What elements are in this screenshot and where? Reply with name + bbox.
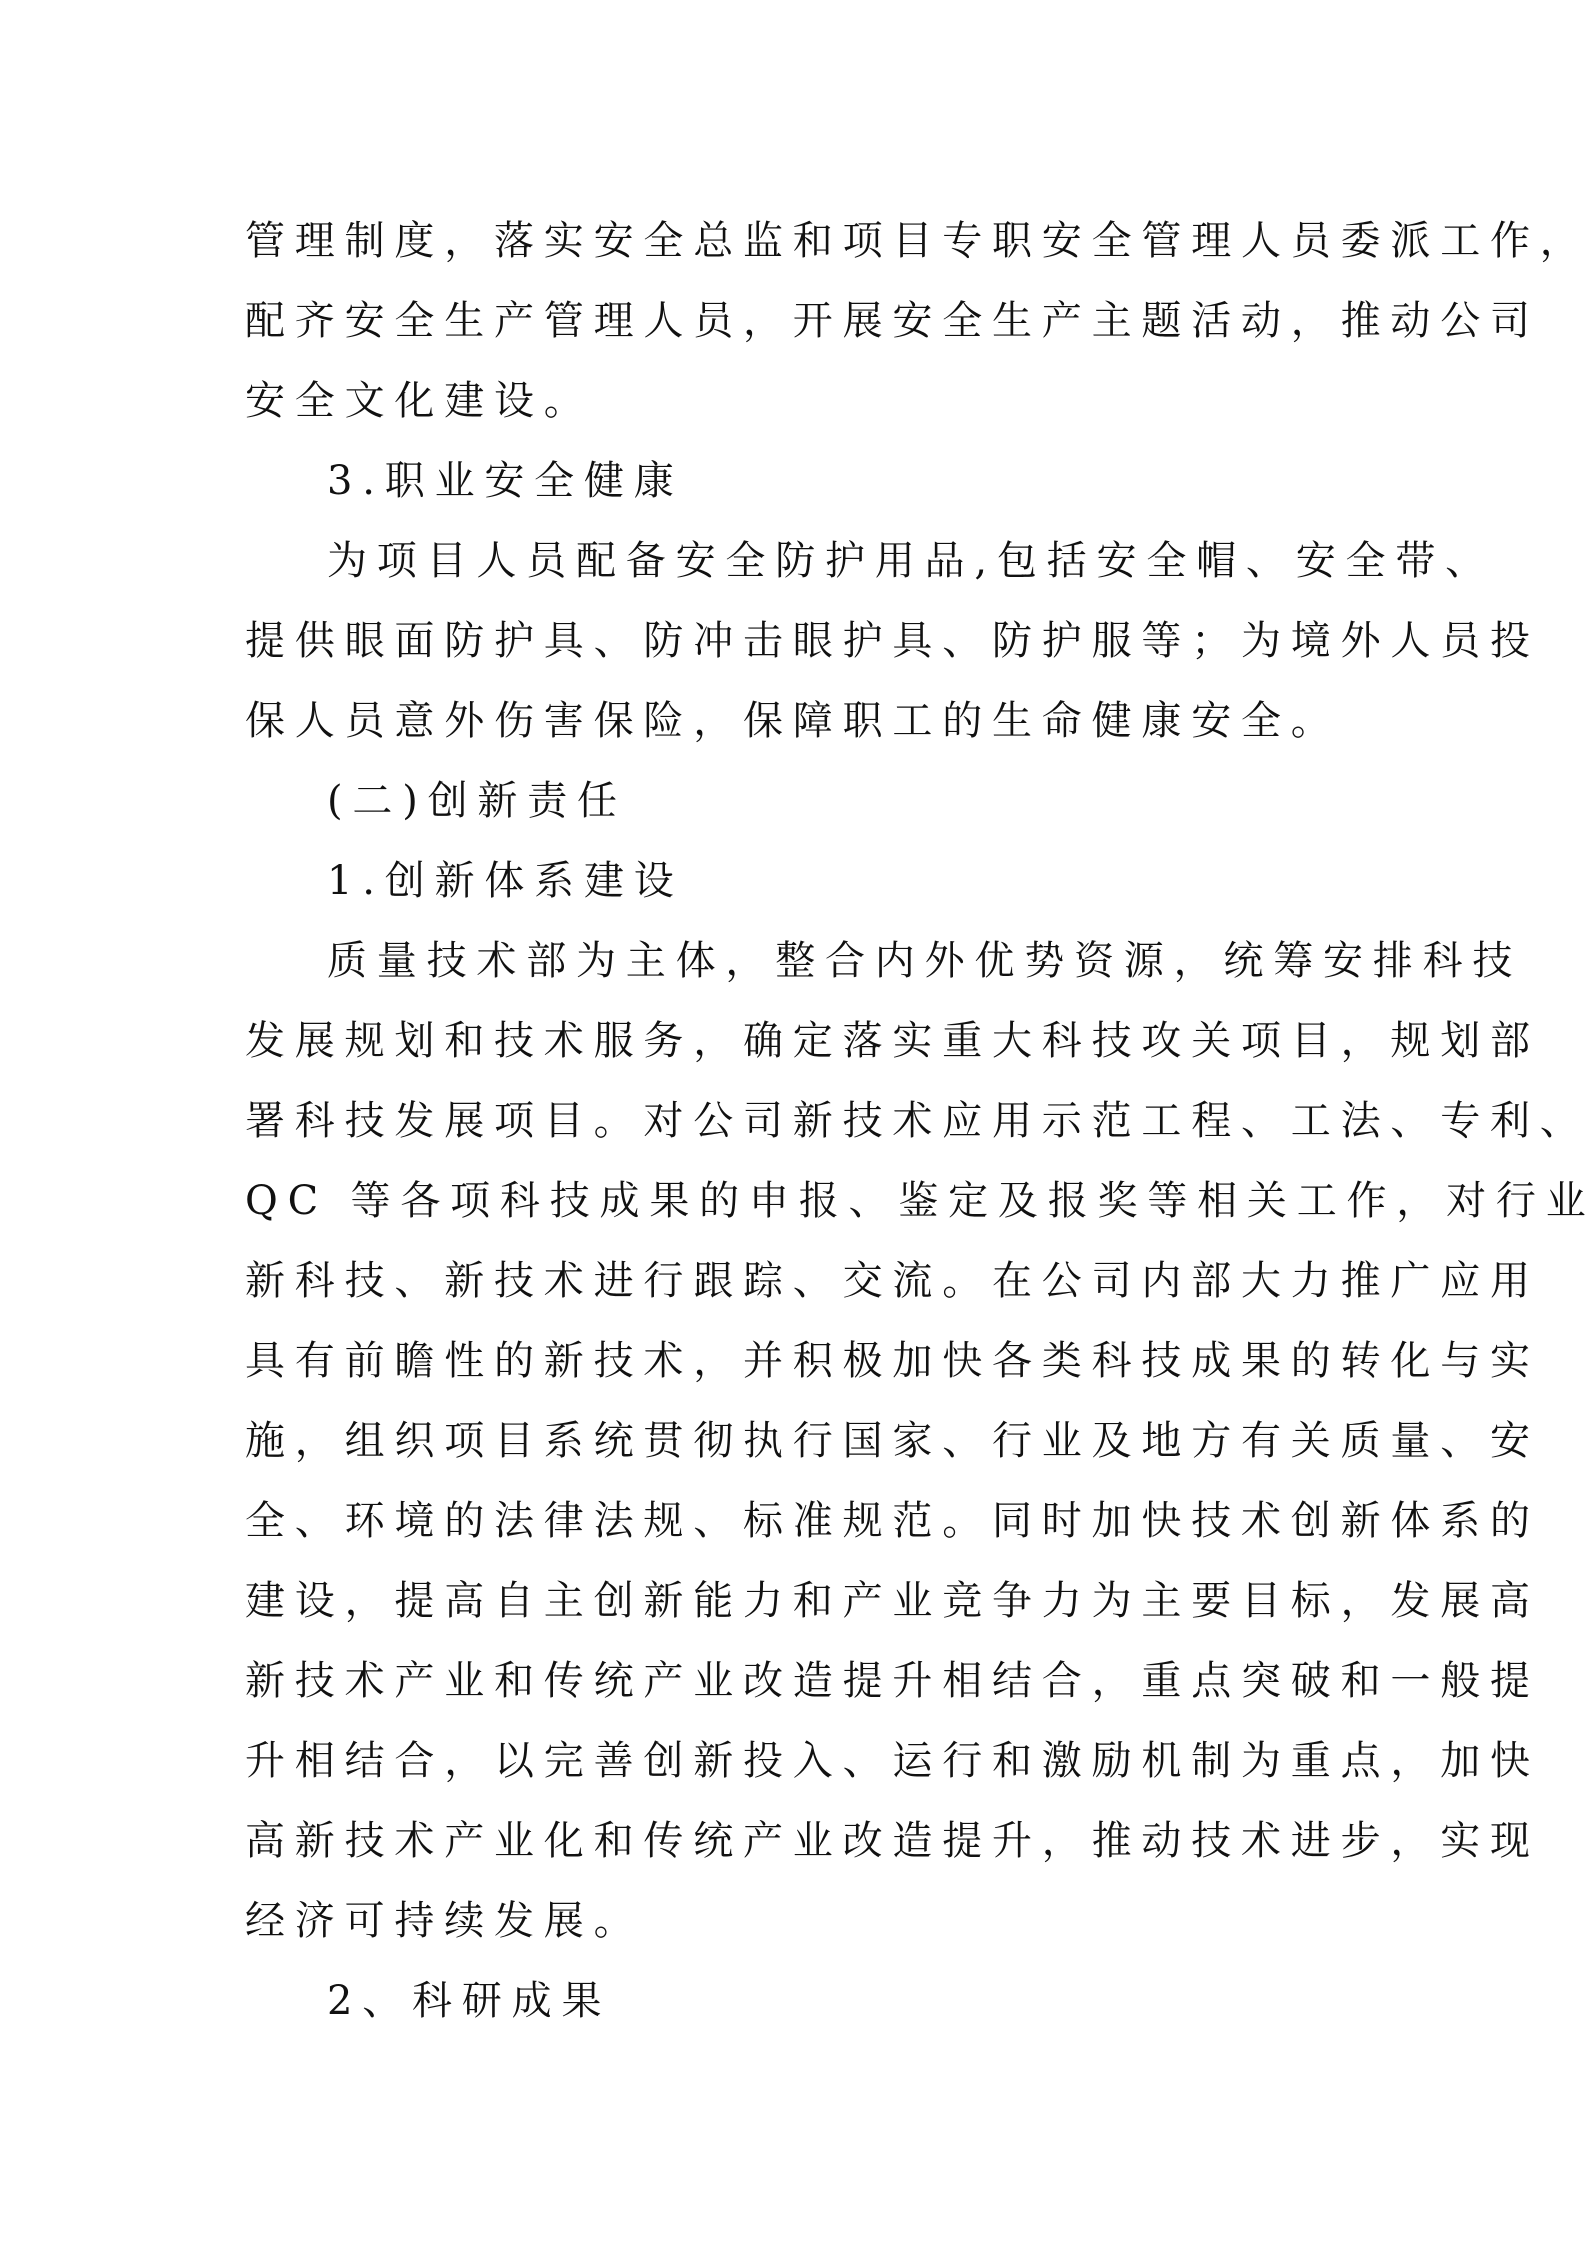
body-text-line: 为项目人员配备安全防护用品,包括安全帽、安全带、 [327,521,1495,601]
body-text-line: 保人员意外伤害保险，保障职工的生命健康安全。 [245,681,1341,761]
body-text-line: 经济可持续发展。 [245,1881,643,1961]
body-text-line: 升相结合，以完善创新投入、运行和激励机制为重点，加快 [245,1721,1540,1801]
document-page: 管理制度，落实安全总监和项目专职安全管理人员委派工作， 配齐安全生产管理人员，开… [0,0,1587,2245]
body-text-line: 署科技发展项目。对公司新技术应用示范工程、工法、专利、 [245,1081,1587,1161]
body-text-line: 新技术产业和传统产业改造提升相结合，重点突破和一般提 [245,1641,1540,1721]
section-heading-research-results: 2、科研成果 [327,1961,611,2041]
body-text-line: 施，组织项目系统贯彻执行国家、行业及地方有关质量、安 [245,1401,1540,1481]
body-text-line: 提供眼面防护具、防冲击眼护具、防护服等；为境外人员投 [245,601,1540,681]
body-text-line: 发展规划和技术服务，确定落实重大科技攻关项目，规划部 [245,1001,1540,1081]
body-text-line: 安全文化建设。 [245,361,594,441]
body-text-line: 质量技术部为主体，整合内外优势资源，统筹安排科技 [327,921,1522,1001]
section-heading-occupational-safety: 3.职业安全健康 [327,441,684,521]
body-text-line: 配齐安全生产管理人员，开展安全生产主题活动，推动公司 [245,281,1540,361]
body-text-line: 高新技术产业化和传统产业改造提升，推动技术进步，实现 [245,1801,1540,1881]
body-text-line: 新科技、新技术进行跟踪、交流。在公司内部大力推广应用 [245,1241,1540,1321]
section-heading-innovation-system: 1.创新体系建设 [327,841,684,921]
body-text-line: QC 等各项科技成果的申报、鉴定及报奖等相关工作，对行业 [245,1161,1587,1241]
body-text-line: 管理制度，落实安全总监和项目专职安全管理人员委派工作， [245,201,1587,281]
body-text-line: 建设，提高自主创新能力和产业竞争力为主要目标，发展高 [245,1561,1540,1641]
body-text-line: 全、环境的法律法规、标准规范。同时加快技术创新体系的 [245,1481,1540,1561]
section-heading-innovation-responsibility: (二)创新责任 [327,761,627,841]
body-text-line: 具有前瞻性的新技术，并积极加快各类科技成果的转化与实 [245,1321,1540,1401]
